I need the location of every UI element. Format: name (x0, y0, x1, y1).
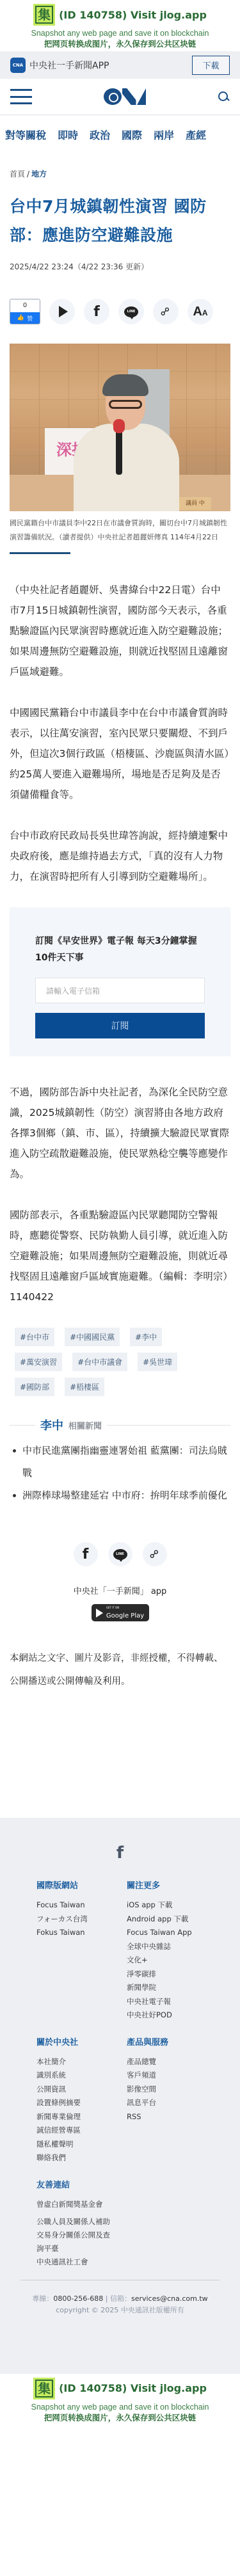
photo-person-body (74, 424, 179, 511)
facebook-icon: f (83, 1546, 89, 1562)
jlog-badge-text: 集 (35, 2380, 53, 2397)
logo-c-shape (104, 88, 122, 105)
tag[interactable]: #李中 (130, 1328, 162, 1346)
hotline-number[interactable]: 0800-256-688 (53, 2294, 103, 2303)
site-footer: f 國際版網站 Focus Taiwan フォーカス台湾 Fokus Taiwa… (0, 1818, 240, 2374)
photo-microphone-head (113, 419, 125, 433)
footer-section-title: 關於中央社 (36, 2035, 127, 2047)
footer-link[interactable]: 文化+ (127, 1953, 229, 1968)
google-play-icon (96, 1609, 103, 1618)
email-input[interactable]: 請輸入電子信箱 (35, 978, 205, 1003)
jlog-logo-icon: 集 (33, 4, 55, 26)
category-nav: 對等關稅 即時 政治 國際 兩岸 產經 (0, 115, 240, 154)
line-icon: LINE (124, 306, 138, 317)
subscribe-button[interactable]: 訂閱 (35, 1013, 205, 1038)
nav-tab-realtime[interactable]: 即時 (58, 127, 78, 142)
email-label: 信箱： (110, 2294, 131, 2303)
footer-link[interactable]: 公開資訊 (36, 2083, 127, 2097)
facebook-like-button[interactable]: 0 👍赞 (10, 299, 40, 324)
jlog-id-link[interactable]: (ID 140758) Visit jlog.app (59, 2382, 207, 2394)
site-header (0, 79, 240, 115)
jlog-id-link[interactable]: (ID 140758) Visit jlog.app (59, 9, 207, 21)
jlog-badge-text: 集 (35, 6, 53, 24)
thumbs-up-icon: 👍 (17, 315, 24, 321)
facebook-icon: f (93, 304, 100, 320)
article: 首頁/地方 台中7月城鎮韌性演習 國防部：應進防空避難設施 2025/4/22 … (0, 168, 240, 1693)
cna-logo[interactable] (104, 88, 146, 105)
copy-link-button[interactable]: ⚯ (153, 299, 179, 324)
footer-link[interactable]: 隱私權聲明 (36, 2138, 127, 2152)
tag[interactable]: #吳世瑋 (138, 1353, 177, 1371)
footer-link[interactable]: Android app 下載 (127, 1912, 229, 1927)
footer-link[interactable]: 曾虛白新聞獎基金會 (36, 2198, 229, 2212)
footer-link[interactable]: 新聞專業倫理 (36, 2110, 127, 2124)
nav-tab-economy[interactable]: 產經 (186, 127, 206, 142)
google-play-button[interactable]: GET IT ONGoogle Play (92, 1604, 149, 1621)
cna-app-icon: CNA (10, 58, 26, 73)
share-facebook-button[interactable]: f (84, 299, 109, 324)
jlog-tagline-zh: 把网页转换成图片，永久保存到公共区块链 (0, 2412, 240, 2423)
footer-link[interactable]: 中央社好POD (127, 2008, 229, 2023)
search-icon[interactable] (217, 90, 230, 103)
footer-contact: 專線：0800-256-688 | 信箱：services@cna.com.tw… (0, 2280, 240, 2316)
nav-tab-politics[interactable]: 政治 (90, 127, 110, 142)
jlog-tagline-zh: 把网页转换成图片，永久保存到公共区块链 (0, 38, 240, 49)
jlog-logo-icon: 集 (33, 2378, 55, 2399)
article-body-part-1: （中央社記者趙麗妍、吳書緯台中22日電）台中市7月15日城鎮韌性演習，國防部今天… (10, 580, 230, 887)
photo-name-plate: 議員 中 (179, 497, 211, 510)
nav-tab-tariff[interactable]: 對等關稅 (5, 127, 46, 142)
tag[interactable]: #梧棲區 (65, 1378, 104, 1396)
tag[interactable]: #萬安演習 (15, 1353, 62, 1371)
footer-link[interactable]: 本社簡介 (36, 2055, 127, 2069)
jlog-banner-bottom: 集 (ID 140758) Visit jlog.app Snapshot an… (0, 2374, 240, 2425)
link-icon: ⚯ (147, 1546, 163, 1562)
gplay-big-text: Google Play (106, 1612, 144, 1619)
footer-section-title: 友善連結 (36, 2178, 229, 2190)
related-label: 相關新聞 (68, 1419, 102, 1431)
tag[interactable]: #中國國民黨 (65, 1328, 120, 1346)
footer-section-title: 關注更多 (127, 1879, 229, 1891)
photo-person-hair (102, 374, 148, 396)
logo-a-shape (137, 88, 146, 105)
publish-date: 2025/4/22 23:24（4/22 23:36 更新） (10, 261, 230, 272)
download-button[interactable]: 下載 (192, 56, 230, 75)
related-news-link[interactable]: 中市民進黨團指幽靈連署始祖 藍黨團：司法烏賊戰 (22, 1445, 227, 1479)
related-news-heading: 李中 相關新聞 (10, 1417, 230, 1433)
footer-section-products: 產品與服務 產品總覽 客戶頻道 影像空間 訊息平台 RSS (127, 2035, 229, 2165)
footer-link[interactable]: 客戶頻道 (127, 2069, 229, 2083)
footer-link[interactable]: 新聞學院 (127, 1981, 229, 1995)
contact-divider: | (103, 2294, 110, 2303)
breadcrumb-home[interactable]: 首頁 (10, 170, 25, 179)
footer-link[interactable]: 設置條例摘要 (36, 2096, 127, 2110)
footer-link[interactable]: フォーカス台湾 (36, 1912, 127, 1927)
app-promo: 中央社「一手新聞」 app GET IT ONGoogle Play (10, 1584, 230, 1621)
footer-link[interactable]: 識別系統 (36, 2069, 127, 2083)
font-size-small: A (202, 308, 208, 317)
app-download-bar: CNA 中央社一手新聞APP 下載 (0, 51, 240, 79)
like-count: 0 (10, 299, 40, 312)
contact-email[interactable]: services@cna.com.tw (131, 2294, 208, 2303)
footer-link[interactable]: 中央社電子報 (127, 1995, 229, 2009)
footer-copyright: copyright © 2025 中央通訊社版權所有 (0, 2305, 240, 2316)
share-bar: 0 👍赞 f LINE ⚯ AA (10, 299, 230, 324)
footer-link[interactable]: 淨零碳排 (127, 1968, 229, 1982)
jlog-tagline-en: Snapshot any web page and save it on blo… (0, 2403, 240, 2412)
copyright-notice: 本網站之文字、圖片及影音，非經授權，不得轉載、公開播送或公開傳輸及利用。 (10, 1647, 230, 1693)
play-icon (59, 306, 68, 317)
tag[interactable]: #台中市議會 (72, 1353, 127, 1371)
footer-link[interactable]: 中央通訊社工會 (36, 2255, 229, 2270)
related-news-link[interactable]: 洲際棒球場整建延宕 中市府：拚明年球季前優化 (22, 1490, 227, 1501)
footer-section-international: 國際版網站 Focus Taiwan フォーカス台湾 Fokus Taiwan (36, 1879, 127, 2023)
breadcrumb: 首頁/地方 (10, 168, 230, 179)
footer-link[interactable]: 全球中央雜誌 (127, 1940, 229, 1954)
font-size-big: A (193, 305, 202, 319)
footer-section-title: 產品與服務 (127, 2035, 229, 2047)
font-size-icon: AA (193, 305, 207, 319)
copy-link-button[interactable]: ⚯ (143, 1542, 167, 1566)
share-bar-bottom: f LINE ⚯ (10, 1542, 230, 1566)
jlog-tagline-en: Snapshot any web page and save it on blo… (0, 29, 240, 38)
paragraph: （中央社記者趙麗妍、吳書緯台中22日電）台中市7月15日城鎮韌性演習，國防部今天… (10, 580, 230, 682)
line-icon: LINE (113, 1549, 127, 1560)
page-title: 台中7月城鎮韌性演習 國防部：應進防空避難設施 (10, 192, 230, 250)
play-audio-button[interactable] (49, 299, 75, 324)
footer-link[interactable]: 公職人員及關係人補助交易身分關係公開及查詢平臺 (36, 2215, 110, 2255)
footer-link[interactable]: 誠信經營專區 (36, 2124, 127, 2138)
footer-facebook-icon[interactable]: f (0, 1843, 240, 1863)
footer-link[interactable]: 訊息平台 (127, 2096, 229, 2110)
footer-link[interactable]: Focus Taiwan App (127, 1926, 229, 1940)
app-name: 中央社一手新聞APP (29, 59, 192, 72)
footer-link[interactable]: 聯絡我們 (36, 2151, 127, 2165)
jlog-banner-top: 集 (ID 140758) Visit jlog.app Snapshot an… (0, 0, 240, 51)
article-photo[interactable]: 深抄 議員 中 (10, 344, 230, 511)
footer-link[interactable]: Fokus Taiwan (36, 1926, 127, 1940)
nav-tab-international[interactable]: 國際 (122, 127, 142, 142)
like-label: 赞 (27, 314, 33, 322)
share-line-button[interactable]: LINE (118, 299, 144, 324)
app-promo-label: 中央社「一手新聞」 app (10, 1584, 230, 1596)
footer-section-friendly-links: 友善連結 曾虛白新聞獎基金會 公職人員及關係人補助交易身分關係公開及查詢平臺 中… (36, 2178, 229, 2270)
footer-link[interactable]: 產品總覽 (127, 2055, 229, 2069)
breadcrumb-current[interactable]: 地方 (31, 170, 47, 179)
footer-section-more: 關注更多 iOS app 下載 Android app 下載 Focus Tai… (127, 1879, 229, 2023)
tag-list: #台中市 #中國國民黨 #李中 #萬安演習 #台中市議會 #吳世瑋 #國防部 #… (10, 1328, 202, 1396)
article-body-part-2: 不過，國防部告訴中央社記者，為深化全民防空意識，2025城鎮韌性（防空）演習將由… (10, 1082, 230, 1307)
caption-divider (10, 552, 70, 554)
gplay-small-text: GET IT ON (106, 1607, 144, 1609)
paragraph: 台中市政府民政局長吳世瑋答詢說，經持續連繫中央政府後，應是維持過去方式，「真的沒… (10, 825, 230, 887)
related-keyword: 李中 (40, 1417, 63, 1433)
breadcrumb-separator: / (27, 170, 29, 179)
tag[interactable]: #國防部 (15, 1378, 54, 1396)
photo-glasses (109, 400, 142, 409)
footer-section-about: 關於中央社 本社簡介 識別系統 公開資訊 設置條例摘要 新聞專業倫理 誠信經營專… (36, 2035, 127, 2165)
share-facebook-button[interactable]: f (74, 1542, 98, 1566)
share-line-button[interactable]: LINE (108, 1542, 132, 1566)
footer-link[interactable]: iOS app 下載 (127, 1898, 229, 1912)
footer-link[interactable]: Focus Taiwan (36, 1898, 127, 1912)
footer-section-title: 國際版網站 (36, 1879, 127, 1891)
newsletter-heading: 訂閱《早安世界》電子報 每天3分鐘掌握10件天下事 (35, 933, 205, 966)
footer-link[interactable]: 影像空間 (127, 2083, 229, 2097)
paragraph: 中國國民黨籍台中市議員李中在台中市議會質詢時表示，以往萬安演習，室內民眾只要關燈… (10, 703, 230, 805)
related-news: 李中 相關新聞 中市民進黨團指幽靈連署始祖 藍黨團：司法烏賊戰 洲際棒球場整建延… (10, 1417, 230, 1507)
tag[interactable]: #台中市 (15, 1328, 54, 1346)
hotline-label: 專線： (32, 2294, 53, 2303)
paragraph: 不過，國防部告訴中央社記者，為深化全民防空意識，2025城鎮韌性（防空）演習將由… (10, 1082, 230, 1184)
paragraph: 國防部表示，各重點驗證區內民眾聽聞防空警報時，應聽從警察、民防執勤人員引導，就近… (10, 1205, 230, 1307)
hamburger-menu-icon[interactable] (10, 89, 32, 104)
newsletter-subscribe-box: 訂閱《早安世界》電子報 每天3分鐘掌握10件天下事 請輸入電子信箱 訂閱 (10, 907, 230, 1056)
footer-link[interactable]: RSS (127, 2110, 229, 2124)
photo-caption: 國民黨籍台中市議員李中22日在市議會質詢時，關切台中7月城鎮韌性演習籌備狀況。（… (10, 516, 230, 545)
link-icon: ⚯ (157, 303, 174, 320)
logo-n-shape (122, 88, 136, 105)
font-size-button[interactable]: AA (188, 299, 213, 324)
nav-tab-cross-strait[interactable]: 兩岸 (154, 127, 174, 142)
